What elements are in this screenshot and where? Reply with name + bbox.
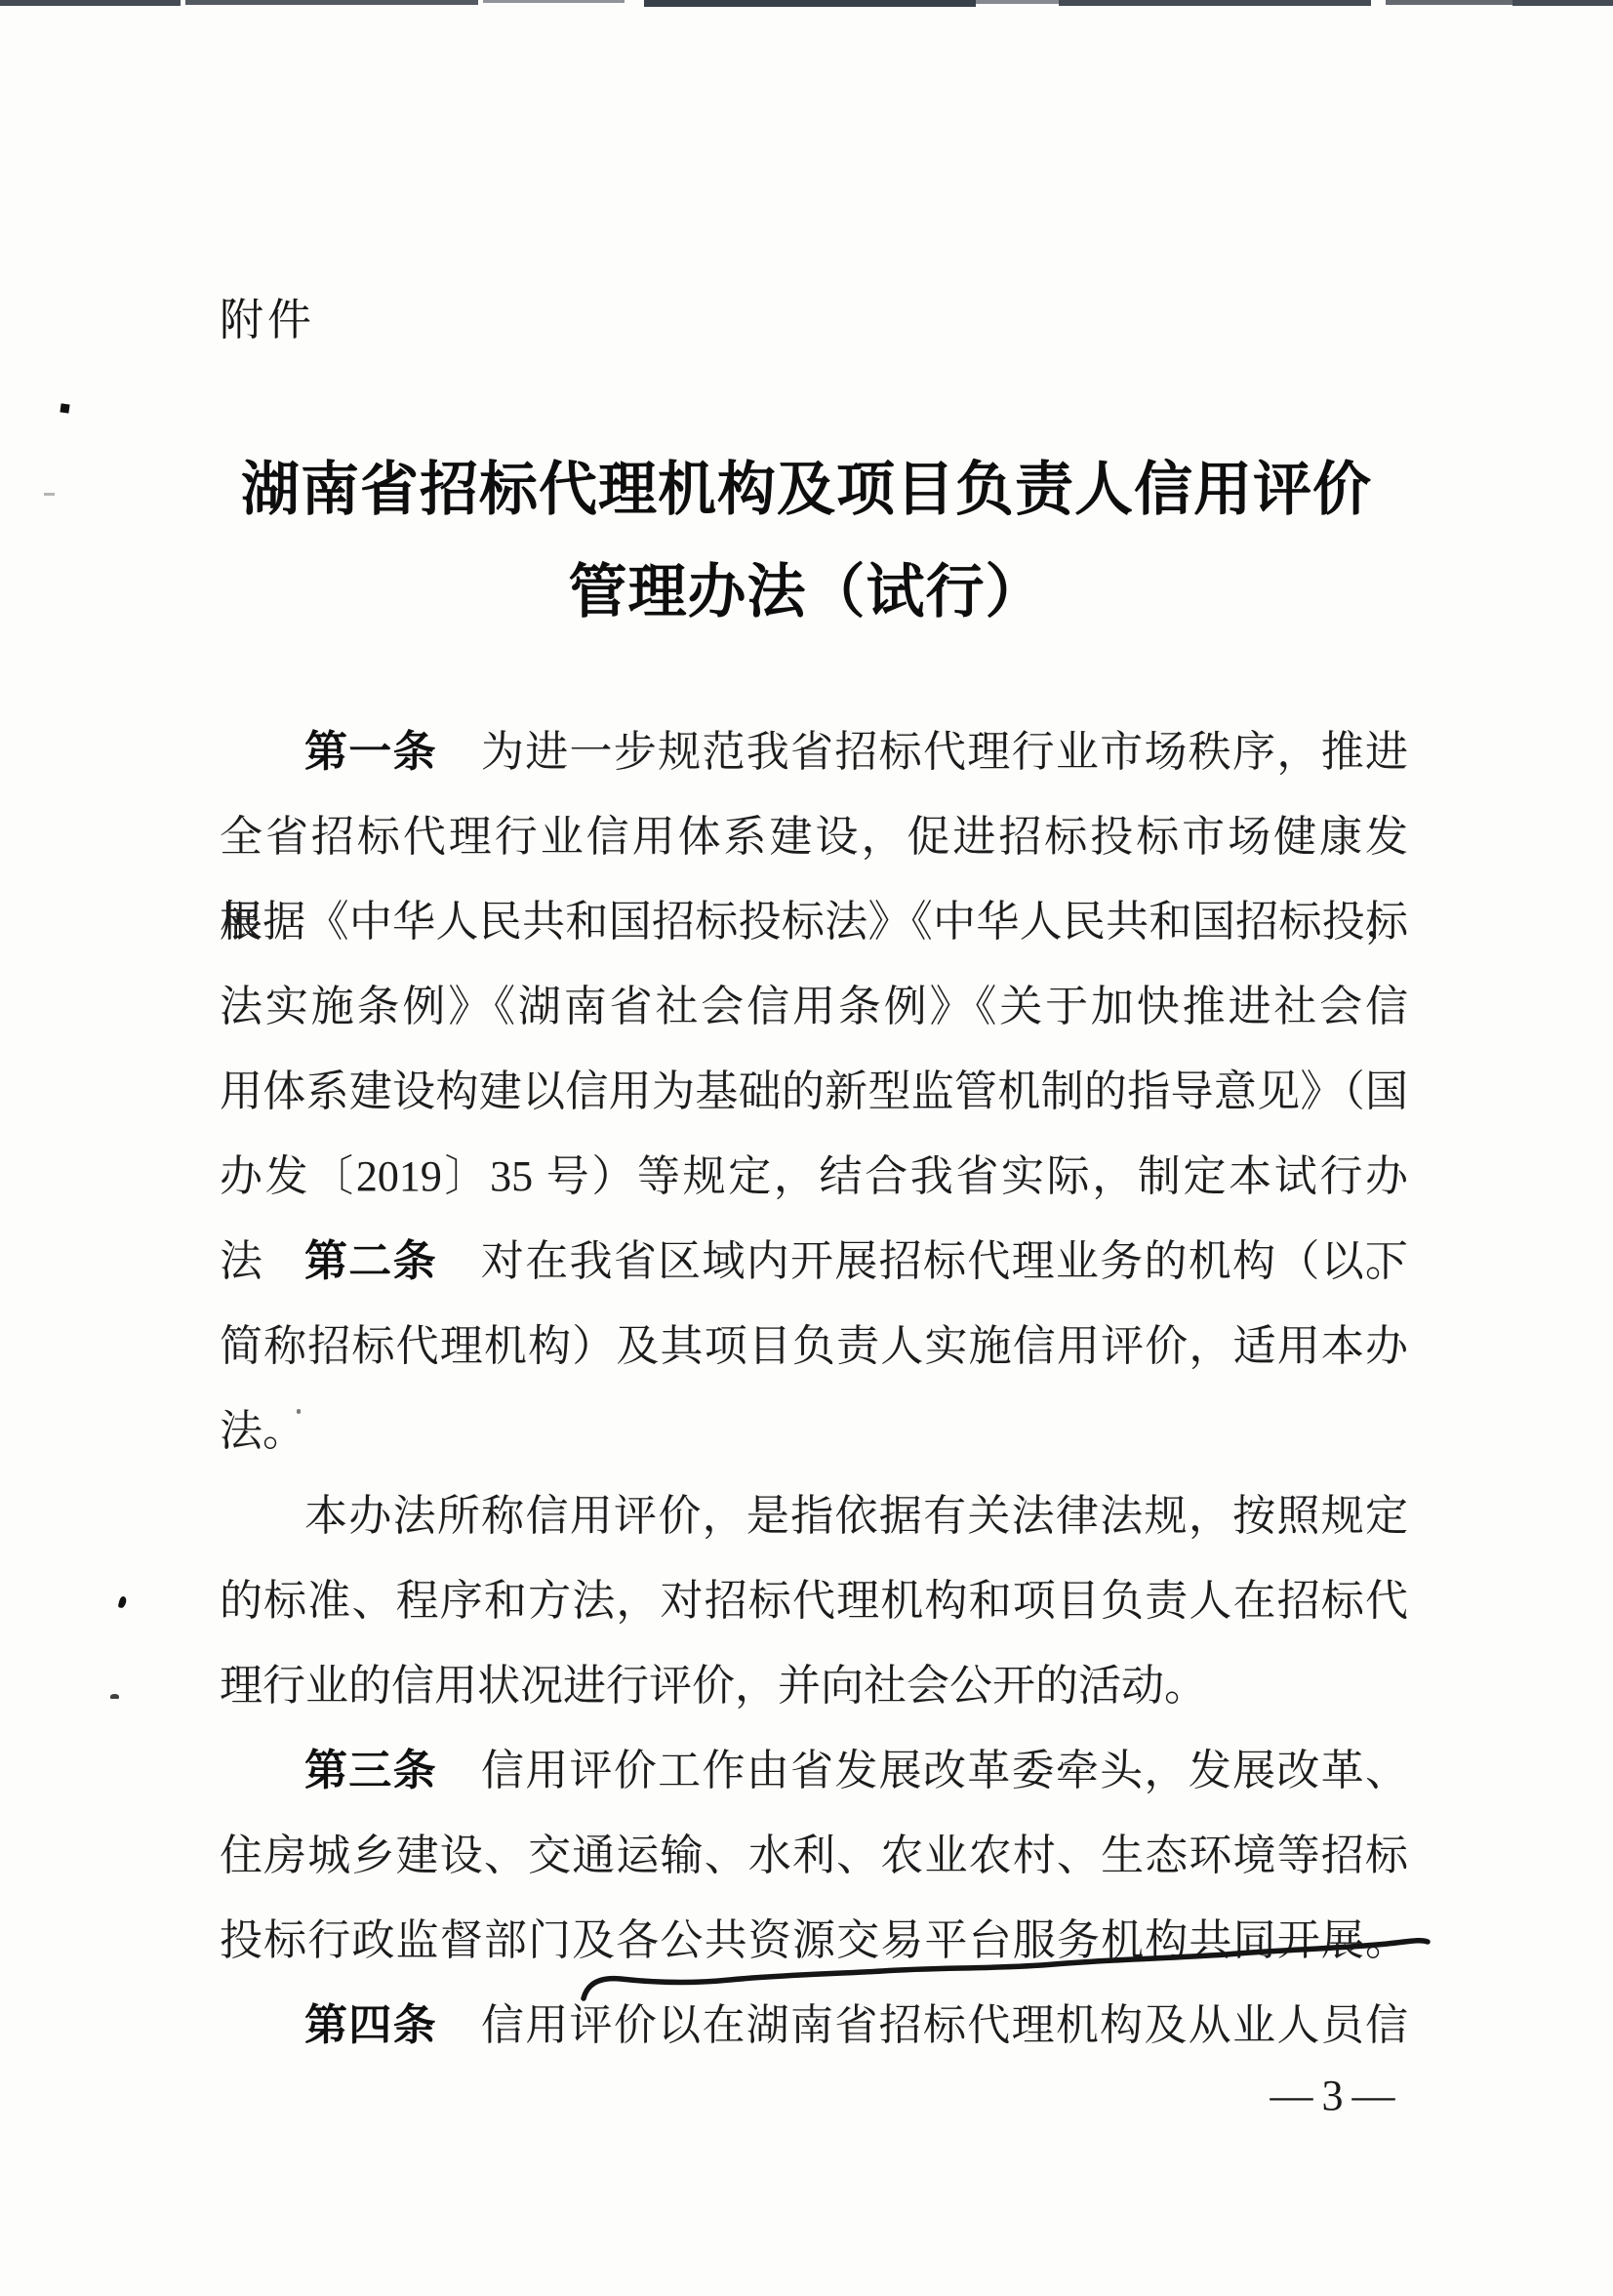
document-title-line1: 湖南省招标代理机构及项目负责人信用评价 <box>0 439 1613 542</box>
body-line: 根据《中华人民共和国招标投标法》《中华人民共和国招标投标 <box>220 879 1408 964</box>
scan-speck <box>118 1595 128 1608</box>
document-title: 湖南省招标代理机构及项目负责人信用评价 管理办法（试行） <box>0 439 1613 644</box>
body-line-text: 法实施条例》《湖南省社会信用条例》《关于加快推进社会信 <box>220 983 1408 1030</box>
attachment-label: 附件 <box>220 297 315 343</box>
body-line: 第一条为进一步规范我省招标代理行业市场秩序，推进 <box>220 709 1408 794</box>
body-line: 第二条对在我省区域内开展招标代理业务的机构（以下 <box>220 1219 1408 1304</box>
document-title-line2: 管理办法（试行） <box>0 542 1613 644</box>
body-line: 的标准、程序和方法，对招标代理机构和项目负责人在招标代 <box>220 1558 1408 1643</box>
body-line-text: 理行业的信用状况进行评价，并向社会公开的活动。 <box>220 1662 1207 1710</box>
body-line-text: 信用评价以在湖南省招标代理机构及从业人员信 <box>481 2001 1408 2049</box>
body-line-text: 投标行政监督部门及各公共资源交易平台服务机构共同开展。 <box>220 1916 1408 1964</box>
body-line-text: 的标准、程序和方法，对招标代理机构和项目负责人在招标代 <box>220 1577 1408 1625</box>
article-number: 第三条 <box>304 1747 437 1794</box>
body-line-underlined: 投标行政监督部门及各公共资源交易平台服务机构共同开展。 <box>220 1898 1408 1983</box>
article-number: 第二条 <box>304 1237 437 1285</box>
scan-edge-artifact <box>0 0 1613 10</box>
scan-edge-segment <box>1512 0 1613 6</box>
article-number: 第四条 <box>304 2001 437 2049</box>
body-line: 办发〔2019〕35 号）等规定，结合我省实际，制定本试行办法。 <box>220 1134 1408 1219</box>
body-line-text: 根据《中华人民共和国招标投标法》《中华人民共和国招标投标 <box>220 898 1408 946</box>
body-line: 第三条信用评价工作由省发展改革委牵头，发展改革、 <box>220 1728 1408 1813</box>
scan-edge-segment <box>976 0 1059 4</box>
body-line-text: 法。 <box>220 1407 305 1455</box>
scan-speck <box>110 1694 119 1699</box>
scan-edge-segment <box>1386 0 1512 5</box>
body-line: 全省招标代理行业信用体系建设，促进招标投标市场健康发展， <box>220 794 1408 879</box>
body-line: 法实施条例》《湖南省社会信用条例》《关于加快推进社会信 <box>220 964 1408 1049</box>
scan-edge-segment <box>483 0 625 3</box>
document-body: 第一条为进一步规范我省招标代理行业市场秩序，推进 全省招标代理行业信用体系建设，… <box>220 709 1408 2068</box>
body-line-text: 对在我省区域内开展招标代理业务的机构（以下 <box>481 1237 1408 1285</box>
article-number: 第一条 <box>304 728 437 776</box>
body-line-text: 本办法所称信用评价，是指依据有关法律法规，按照规定 <box>304 1492 1408 1540</box>
scan-edge-segment <box>644 0 976 7</box>
body-line: 简称招标代理机构）及其项目负责人实施信用评价，适用本办 <box>220 1304 1408 1389</box>
body-line: 理行业的信用状况进行评价，并向社会公开的活动。 <box>220 1643 1408 1728</box>
body-line-text: 用体系建设构建以信用为基础的新型监管机制的指导意见》（国 <box>220 1067 1408 1115</box>
body-line-text: 住房城乡建设、交通运输、水利、农业农村、生态环境等招标 <box>220 1832 1408 1879</box>
scan-edge-segment <box>1059 0 1371 6</box>
body-line: 法。 <box>220 1389 1408 1473</box>
body-line-text: 简称招标代理机构）及其项目负责人实施信用评价，适用本办 <box>220 1322 1408 1370</box>
body-line: 本办法所称信用评价，是指依据有关法律法规，按照规定 <box>220 1473 1408 1558</box>
scan-edge-segment <box>0 0 181 6</box>
body-line: 第四条信用评价以在湖南省招标代理机构及从业人员信 <box>220 1983 1408 2068</box>
body-line: 住房城乡建设、交通运输、水利、农业农村、生态环境等招标 <box>220 1813 1408 1898</box>
body-line-text: 为进一步规范我省招标代理行业市场秩序，推进 <box>481 728 1408 776</box>
body-line: 用体系建设构建以信用为基础的新型监管机制的指导意见》（国 <box>220 1049 1408 1134</box>
scanned-document-page: 附件 湖南省招标代理机构及项目负责人信用评价 管理办法（试行） 第一条为进一步规… <box>0 0 1613 2296</box>
scan-speck <box>60 403 69 413</box>
scan-edge-segment <box>185 0 478 5</box>
body-line-text: 信用评价工作由省发展改革委牵头，发展改革、 <box>481 1747 1408 1794</box>
page-number: — 3 — <box>1259 2073 1405 2119</box>
